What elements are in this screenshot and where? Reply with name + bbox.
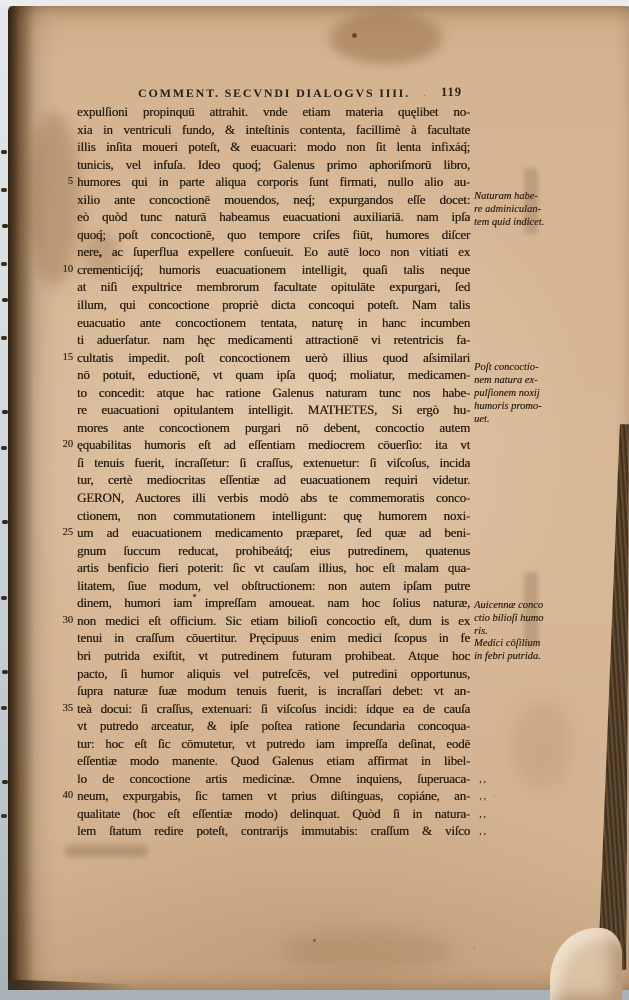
scanner-background-bottom bbox=[0, 989, 629, 1000]
header-title: COMMENT. SECVNDI DIALOGVS IIII. bbox=[138, 86, 410, 100]
line-number: 40 bbox=[56, 788, 73, 803]
text-line-content: ſupra naturæ ſuæ modum tenuis fuerit, is… bbox=[77, 682, 470, 700]
line-number: 5 bbox=[56, 174, 73, 189]
text-line: 35teà docui: ſi craſſus, extenuari: ſi v… bbox=[77, 700, 470, 718]
text-line: tur: hoc eſt ſic cōmutetur, vt putredo i… bbox=[77, 735, 470, 753]
text-line: 15cultatis impedit. poſt concoctionem ue… bbox=[77, 349, 470, 367]
text-line: nō potuit, eductionē, vt quam ipſa quoq́… bbox=[77, 366, 470, 384]
text-line-content: illum, qui concoctione propriè dicta con… bbox=[77, 296, 470, 314]
text-line-content: lo de concoctione artis medicinæ. Omne i… bbox=[77, 770, 470, 788]
text-line-content: teà docui: ſi craſſus, extenuari: ſi viſ… bbox=[77, 700, 470, 718]
text-line-content: cultatis impedit. poſt concoctionem uerò… bbox=[77, 349, 470, 367]
text-line: expulſioni propinquū attrahit. vnde etia… bbox=[77, 103, 470, 121]
text-line-content: eſſentiæ modo manente. Quod Galenus etia… bbox=[77, 752, 470, 770]
text-line: to concedit: atque hac ratione Galenus n… bbox=[77, 384, 470, 402]
text-line-content: mores ante concoctionem purgari nō deben… bbox=[77, 419, 470, 437]
text-line: euacuatio ante concoctionem tentata, nat… bbox=[77, 314, 470, 332]
text-line: lo de concoctione artis medicinæ. Omne i… bbox=[77, 770, 470, 788]
text-line-content: bri putrida exiſtit, vt putredinem futur… bbox=[77, 647, 470, 665]
ink-smudge bbox=[64, 845, 148, 857]
text-line-content: nō potuit, eductionē, vt quam ipſa quoq́… bbox=[77, 366, 470, 384]
margin-note: Medici cōſilium in febri putrida. bbox=[474, 637, 570, 663]
margin-note: Auicennæ conco ctio bilioſi humo ris. bbox=[474, 599, 570, 638]
text-line-content: illis inſita moueri poteſt, & euacuari: … bbox=[77, 138, 470, 156]
text-line: litatem, ſiue modum, vel obſtructionem: … bbox=[77, 577, 470, 595]
text-line: qualitate (hoc eſt eſſentiæ modo) delinq… bbox=[77, 805, 470, 823]
text-line-content: xia in ventriculi fundo, & inteſtinis co… bbox=[77, 121, 470, 139]
text-line-content: tunicis, vel infuſa. Ideo quoq́; Galenus… bbox=[77, 156, 470, 174]
paper-speckles bbox=[352, 33, 357, 38]
text-line-content: um ad euacuationem medicamento præparet,… bbox=[77, 524, 470, 542]
text-line-content: nere, ac ſuperflua expellere conſueuit. … bbox=[77, 243, 470, 261]
paper-stain bbox=[512, 700, 572, 790]
text-line-content: tur, certè mediocritas eſſentiæ ad euacu… bbox=[77, 471, 470, 489]
text-line: 30non medici eſt officium. Sic etiam bil… bbox=[77, 612, 470, 630]
text-line: 10crementicijq́; humoris euacuationem in… bbox=[77, 261, 470, 279]
scanned-book-page: COMMENT. SECVNDI DIALOGVS IIII. 119 expu… bbox=[0, 0, 629, 1000]
text-line: xia in ventriculi fundo, & inteſtinis co… bbox=[77, 121, 470, 139]
line-number: 30 bbox=[56, 613, 73, 628]
text-line: 40neum, expurgabis, ſic tamen vt prius d… bbox=[77, 787, 470, 805]
text-line-content: litatem, ſiue modum, vel obſtructionem: … bbox=[77, 577, 470, 595]
line-number: 25 bbox=[56, 525, 73, 540]
text-line: tur, certè mediocritas eſſentiæ ad euacu… bbox=[77, 471, 470, 489]
text-line-content: crementicijq́; humoris euacuationem inte… bbox=[77, 261, 470, 279]
line-number: 15 bbox=[56, 350, 73, 365]
text-line-content: gnum ſuccum reducat, prohibeátq́; eius p… bbox=[77, 542, 470, 560]
text-line-content: expulſioni propinquū attrahit. vnde etia… bbox=[77, 103, 470, 121]
quote-mark: ‚‚ bbox=[479, 771, 487, 789]
text-line-content: re euacuationi opitulantem intelligit. M… bbox=[77, 401, 470, 419]
text-line: nere, ac ſuperflua expellere conſueuit. … bbox=[77, 243, 470, 261]
text-line: quoq́; poſt concoctionē, quo tempore cri… bbox=[77, 226, 470, 244]
text-line: GERON, Auctores illi verbis modò abs te … bbox=[77, 489, 470, 507]
text-line-content: dinem, humori iam impreſſam amoueat. nam… bbox=[77, 594, 470, 612]
text-line: lem ſtatum redire poteſt, contrarijs imm… bbox=[77, 822, 470, 840]
text-line-content: tenui in craſſum cōuertitur. Pręcipuus e… bbox=[77, 629, 470, 647]
text-line: 5humores qui in parte aliqua corporis ſu… bbox=[77, 173, 470, 191]
line-number: 35 bbox=[56, 701, 73, 716]
text-line-content: ti aduerſatur. nam hęc medicamenti attra… bbox=[77, 331, 470, 349]
text-line-content: at niſi expultrice membrorum facultate o… bbox=[77, 278, 470, 296]
text-line: xilio ante concoctionē mouendos, neq́; e… bbox=[77, 191, 470, 209]
text-line: 20ęquabilitas humoris eſt ad eſſentiam m… bbox=[77, 436, 470, 454]
text-line: gnum ſuccum reducat, prohibeátq́; eius p… bbox=[77, 542, 470, 560]
text-line-content: xilio ante concoctionē mouendos, neq́; e… bbox=[77, 191, 470, 209]
paper-stain bbox=[28, 112, 80, 287]
text-line: mores ante concoctionem purgari nō deben… bbox=[77, 419, 470, 437]
quote-mark: ‚‚ bbox=[479, 823, 487, 841]
text-line-content: quoq́; poſt concoctionē, quo tempore cri… bbox=[77, 226, 470, 244]
text-line-content: tur: hoc eſt ſic cōmutetur, vt putredo i… bbox=[77, 735, 470, 753]
text-line: tunicis, vel infuſa. Ideo quoq́; Galenus… bbox=[77, 156, 470, 174]
text-line: 25um ad euacuationem medicamento præpare… bbox=[77, 524, 470, 542]
line-number: 20 bbox=[56, 437, 73, 452]
text-line: ctionem, non commutationem intelligunt: … bbox=[77, 507, 470, 525]
text-line: dinem, humori iam impreſſam amoueat. nam… bbox=[77, 594, 470, 612]
text-line-content: eò quòd tunc naturā habeamus euacuationi… bbox=[77, 208, 470, 226]
gutter-bleed-marks bbox=[1, 150, 7, 154]
text-line-content: ſi tenuis fuerit, incraſſetur: ſi craſſu… bbox=[77, 454, 470, 472]
text-line: illis inſita moueri poteſt, & euacuari: … bbox=[77, 138, 470, 156]
text-line-content: pacto, ſi humor aliquis vel putreſcēs, v… bbox=[77, 665, 470, 683]
text-line: illum, qui concoctione propriè dicta con… bbox=[77, 296, 470, 314]
text-line-content: to concedit: atque hac ratione Galenus n… bbox=[77, 384, 470, 402]
text-line-content: artis benficio fieri poterit: ſic vt cau… bbox=[77, 559, 470, 577]
text-line-content: lem ſtatum redire poteſt, contrarijs imm… bbox=[77, 822, 470, 840]
quote-mark: ‚‚ bbox=[479, 806, 487, 824]
line-number: 10 bbox=[56, 262, 73, 277]
page-number: 119 bbox=[441, 85, 475, 100]
margin-note: Naturam habe- re adminiculan- tem quid i… bbox=[474, 190, 570, 229]
paper-stain bbox=[330, 12, 442, 64]
text-line-content: ctionem, non commutationem intelligunt: … bbox=[77, 507, 470, 525]
text-line-content: humores qui in parte aliqua corporis ſun… bbox=[77, 173, 470, 191]
quote-mark: ‚‚ bbox=[479, 788, 487, 806]
text-line: ſupra naturæ ſuæ modum tenuis fuerit, is… bbox=[77, 682, 470, 700]
paper-stain bbox=[282, 930, 452, 972]
binding-gutter-shadow bbox=[8, 6, 34, 990]
text-line: re euacuationi opitulantem intelligit. M… bbox=[77, 401, 470, 419]
text-line-content: vt putredo arceatur, & ipſe poſtea ratio… bbox=[77, 717, 470, 735]
text-line: eſſentiæ modo manente. Quod Galenus etia… bbox=[77, 752, 470, 770]
margin-note: Poſt concoctio- nem natura ex- pulſionem… bbox=[474, 361, 570, 426]
text-line: vt putredo arceatur, & ipſe poſtea ratio… bbox=[77, 717, 470, 735]
text-line: tenui in craſſum cōuertitur. Pręcipuus e… bbox=[77, 629, 470, 647]
text-line-content: non medici eſt officium. Sic etiam bilio… bbox=[77, 612, 470, 630]
text-line: artis benficio fieri poterit: ſic vt cau… bbox=[77, 559, 470, 577]
text-line: ti aduerſatur. nam hęc medicamenti attra… bbox=[77, 331, 470, 349]
text-line-content: GERON, Auctores illi verbis modò abs te … bbox=[77, 489, 470, 507]
text-line-content: qualitate (hoc eſt eſſentiæ modo) delinq… bbox=[77, 805, 470, 823]
text-line: eò quòd tunc naturā habeamus euacuationi… bbox=[77, 208, 470, 226]
text-line: ſi tenuis fuerit, incraſſetur: ſi craſſu… bbox=[77, 454, 470, 472]
text-line: at niſi expultrice membrorum facultate o… bbox=[77, 278, 470, 296]
text-line-content: neum, expurgabis, ſic tamen vt prius diſ… bbox=[77, 787, 470, 805]
main-text-block: expulſioni propinquū attrahit. vnde etia… bbox=[77, 103, 470, 840]
text-line: pacto, ſi humor aliquis vel putreſcēs, v… bbox=[77, 665, 470, 683]
text-line: bri putrida exiſtit, vt putredinem futur… bbox=[77, 647, 470, 665]
running-header: COMMENT. SECVNDI DIALOGVS IIII. bbox=[78, 84, 470, 100]
text-line-content: euacuatio ante concoctionem tentata, nat… bbox=[77, 314, 470, 332]
text-line-content: ęquabilitas humoris eſt ad eſſentiam med… bbox=[77, 436, 470, 454]
